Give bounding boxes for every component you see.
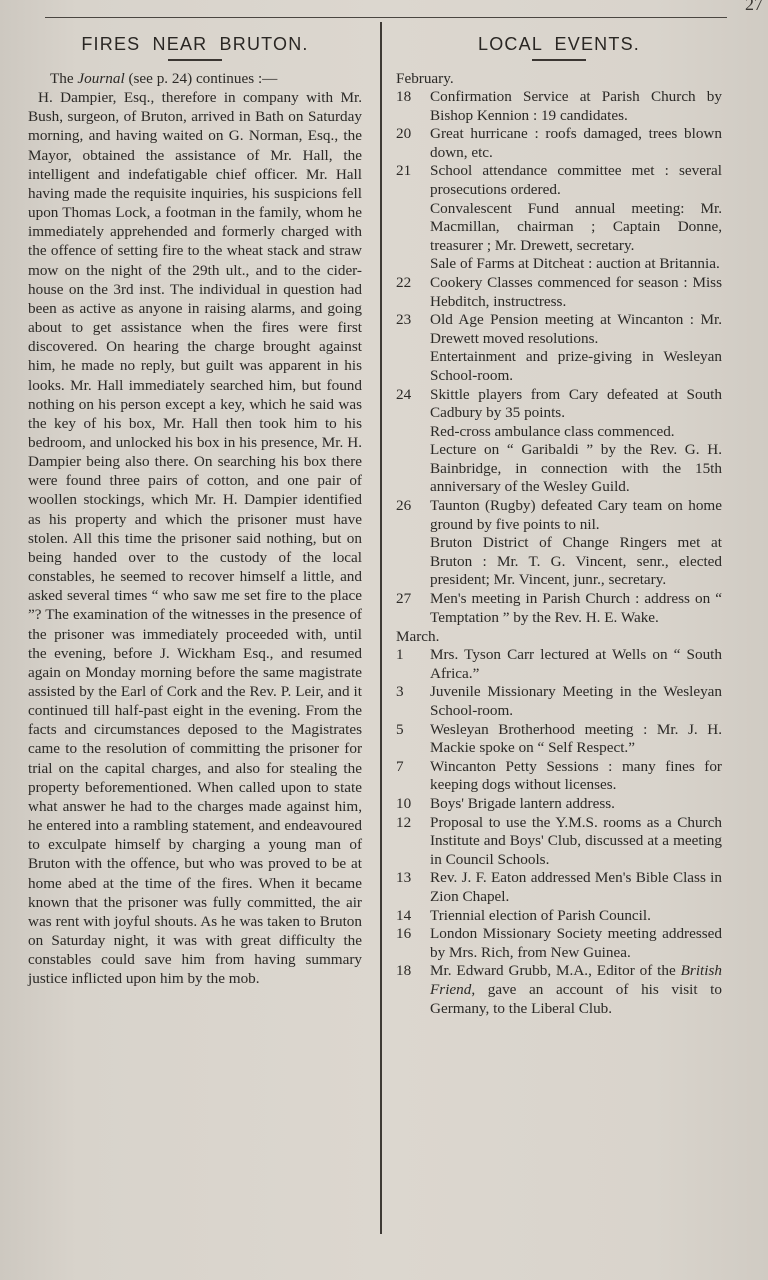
event-text: Boys' Brigade lantern address. <box>430 795 722 814</box>
event-day: 1 <box>396 646 430 683</box>
event-day: 18 <box>396 88 430 125</box>
event-day: 18 <box>396 962 430 1018</box>
event-day: 3 <box>396 683 430 720</box>
event-day: 5 <box>396 721 430 758</box>
event-text: School attendance committee met : severa… <box>430 162 722 199</box>
event-day: 13 <box>396 869 430 906</box>
event-text-prefix: Mr. Edward Grubb, M.A., Editor of the <box>430 962 681 979</box>
event-item: 27Men's meeting in Parish Church : addre… <box>396 590 722 627</box>
event-day: 7 <box>396 758 430 795</box>
event-text: Bruton District of Change Ringers met at… <box>430 534 722 590</box>
event-text: Mr. Edward Grubb, M.A., Editor of the Br… <box>430 962 722 1018</box>
event-text: Confirmation Service at Parish Church by… <box>430 88 722 125</box>
event-text: Lecture on “ Garibaldi ” by the Rev. G. … <box>430 441 722 497</box>
event-text: Entertainment and prize-giving in Wesley… <box>430 348 722 385</box>
event-day: 26 <box>396 497 430 534</box>
event-text: Rev. J. F. Eaton addressed Men's Bible C… <box>430 869 722 906</box>
event-text: Mrs. Tyson Carr lectured at Wells on “ S… <box>430 646 722 683</box>
article-fires-near-bruton: FIRES NEAR BRUTON. The Journal (see p. 2… <box>28 30 362 989</box>
event-item: 21School attendance committee met : seve… <box>396 162 722 199</box>
event-item: 20Great hurricane : roofs damaged, trees… <box>396 125 722 162</box>
event-text: Great hurricane : roofs damaged, trees b… <box>430 125 722 162</box>
event-day: 24 <box>396 386 430 423</box>
event-day: 27 <box>396 590 430 627</box>
event-text: Red-cross ambulance class commenced. <box>430 423 722 442</box>
title-rule <box>532 59 586 61</box>
event-item: Entertainment and prize-giving in Wesley… <box>396 348 722 385</box>
february-events: 18Confirmation Service at Parish Church … <box>396 88 722 627</box>
event-text: London Missionary Society meeting addres… <box>430 925 722 962</box>
event-day: 12 <box>396 814 430 870</box>
header-rule <box>45 17 727 18</box>
event-item: 7Wincanton Petty Sessions : many fines f… <box>396 758 722 795</box>
event-text: Convalescent Fund annual meeting: Mr. Ma… <box>430 200 722 256</box>
event-item: Sale of Farms at Ditcheat : auction at B… <box>396 255 722 274</box>
event-item: 12Proposal to use the Y.M.S. rooms as a … <box>396 814 722 870</box>
title-rule <box>168 59 222 61</box>
event-day: 16 <box>396 925 430 962</box>
event-text: Wincanton Petty Sessions : many fines fo… <box>430 758 722 795</box>
event-day: 20 <box>396 125 430 162</box>
intro-suffix: (see p. 24) continues :— <box>125 70 278 87</box>
event-item: 16London Missionary Society meeting addr… <box>396 925 722 962</box>
event-text: Proposal to use the Y.M.S. rooms as a Ch… <box>430 814 722 870</box>
article-paragraph: H. Dampier, Esq., therefore in company w… <box>28 88 362 988</box>
event-text: Sale of Farms at Ditcheat : auction at B… <box>430 255 722 274</box>
event-text: Wesleyan Brotherhood meeting : Mr. J. H.… <box>430 721 722 758</box>
article-body: The Journal (see p. 24) continues :— H. … <box>28 69 362 989</box>
event-item: 18Mr. Edward Grubb, M.A., Editor of the … <box>396 962 722 1018</box>
event-day: 14 <box>396 907 430 926</box>
article-intro: The Journal (see p. 24) continues :— <box>28 69 362 88</box>
event-item: Lecture on “ Garibaldi ” by the Rev. G. … <box>396 441 722 497</box>
page-number: 27 <box>745 0 763 15</box>
event-item: 3Juvenile Missionary Meeting in the Wesl… <box>396 683 722 720</box>
intro-prefix: The <box>50 70 77 87</box>
event-item: 1Mrs. Tyson Carr lectured at Wells on “ … <box>396 646 722 683</box>
march-events: 1Mrs. Tyson Carr lectured at Wells on “ … <box>396 646 722 1018</box>
journal-title: Journal <box>77 70 124 87</box>
local-events: LOCAL EVENTS. February. 18Confirmation S… <box>396 30 722 1018</box>
event-day: 10 <box>396 795 430 814</box>
event-day: 23 <box>396 311 430 348</box>
event-text: Men's meeting in Parish Church : address… <box>430 590 722 627</box>
event-item: 10Boys' Brigade lantern address. <box>396 795 722 814</box>
event-item: 18Confirmation Service at Parish Church … <box>396 88 722 125</box>
event-text-suffix: , gave an account of his visit to German… <box>430 981 722 1017</box>
event-day: 21 <box>396 162 430 199</box>
event-text: Skittle players from Cary defeated at So… <box>430 386 722 423</box>
event-day: 22 <box>396 274 430 311</box>
event-item: 5Wesleyan Brotherhood meeting : Mr. J. H… <box>396 721 722 758</box>
event-item: Bruton District of Change Ringers met at… <box>396 534 722 590</box>
event-item: 26Taunton (Rugby) defeated Cary team on … <box>396 497 722 534</box>
month-label-february: February. <box>396 69 722 88</box>
event-text: Cookery Classes commenced for season : M… <box>430 274 722 311</box>
events-title: LOCAL EVENTS. <box>396 34 722 55</box>
event-text: Old Age Pension meeting at Wincanton : M… <box>430 311 722 348</box>
event-item: 13Rev. J. F. Eaton addressed Men's Bible… <box>396 869 722 906</box>
event-text: Taunton (Rugby) defeated Cary team on ho… <box>430 497 722 534</box>
column-divider <box>380 22 382 1234</box>
month-label-march: March. <box>396 627 722 646</box>
event-item: 14Triennial election of Parish Council. <box>396 907 722 926</box>
event-item: 22Cookery Classes commenced for season :… <box>396 274 722 311</box>
event-item: Red-cross ambulance class commenced. <box>396 423 722 442</box>
event-text: Juvenile Missionary Meeting in the Wesle… <box>430 683 722 720</box>
event-item: Convalescent Fund annual meeting: Mr. Ma… <box>396 200 722 256</box>
event-item: 23Old Age Pension meeting at Wincanton :… <box>396 311 722 348</box>
event-text: Triennial election of Parish Council. <box>430 907 722 926</box>
article-title: FIRES NEAR BRUTON. <box>28 34 362 55</box>
event-item: 24Skittle players from Cary defeated at … <box>396 386 722 423</box>
